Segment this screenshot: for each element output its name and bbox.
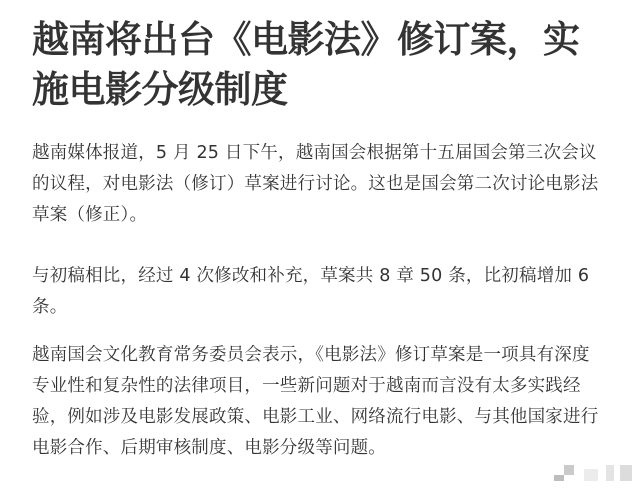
watermark-logo-icon (554, 463, 634, 483)
article-title: 越南将出台《电影法》修订案，实施电影分级制度 (32, 14, 607, 114)
article-header: 越南将出台《电影法》修订案，实施电影分级制度 (32, 14, 607, 114)
article-paragraph-3: 越南国会文化教育常务委员会表示，《电影法》修订草案是一项具有深度专业性和复杂性的… (32, 340, 607, 464)
article-paragraph-2: 与初稿相比，经过 4 次修改和补充，草案共 8 章 50 条，比初稿增加 6 条… (32, 261, 607, 323)
article-paragraph-1: 越南媒体报道，5 月 25 日下午，越南国会根据第十五届国会第三次会议的议程，对… (32, 138, 607, 231)
